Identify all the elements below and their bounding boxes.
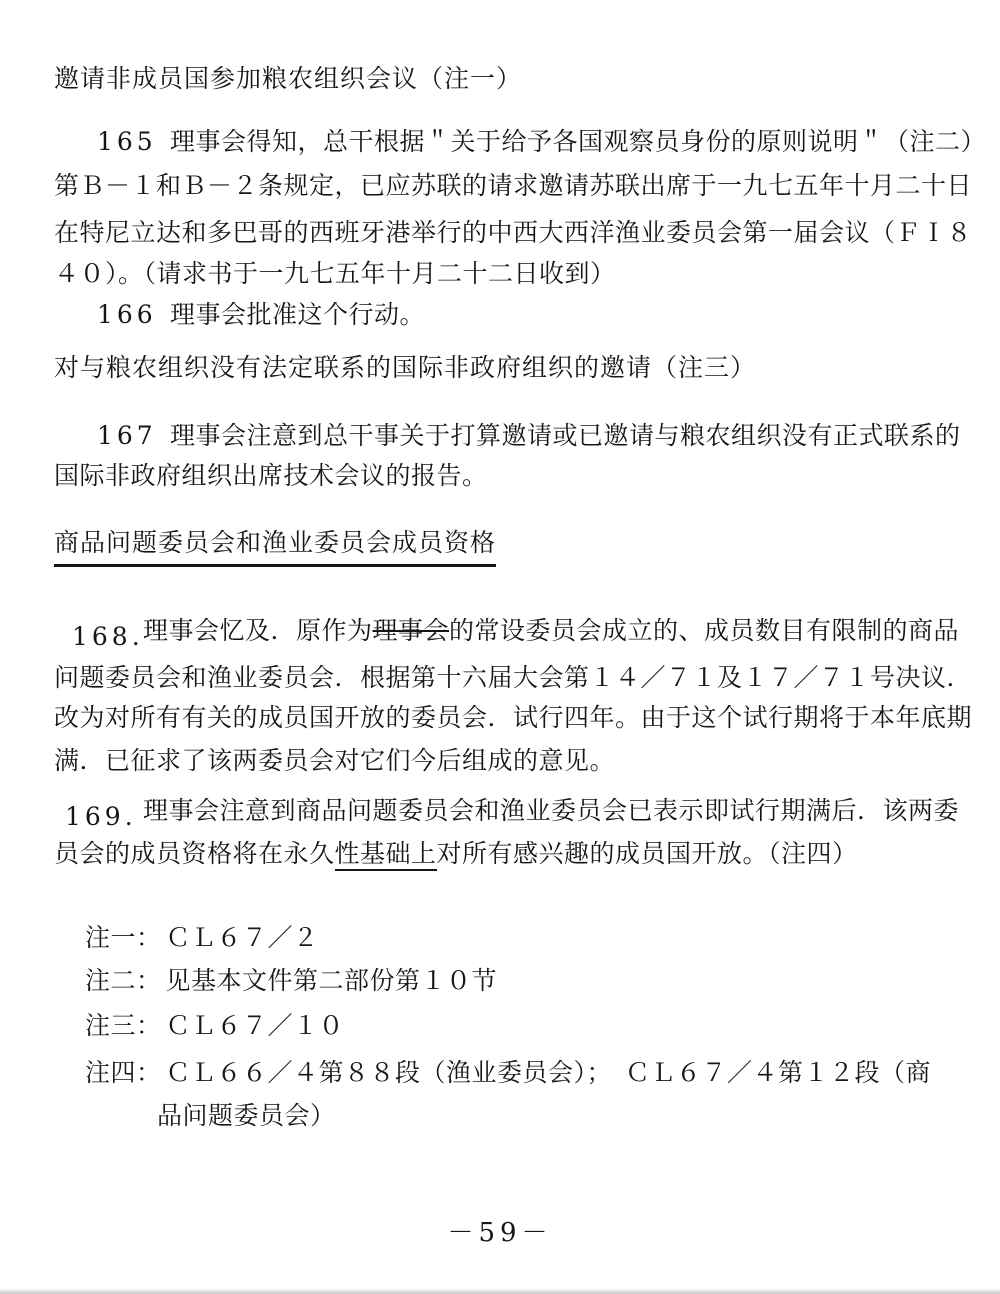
paragraph-166-line-1: 166理事会批准这个行动。 (97, 299, 425, 331)
footnote-label: 注三： (85, 1011, 162, 1040)
page-number: －59－ (0, 1212, 1000, 1249)
paragraph-text: 理事会注意到商品问题委员会和渔业委员会已表示即试行期满后．该两委 (143, 796, 959, 825)
paragraph-165-line-3: 在特尼立达和多巴哥的西班牙港举行的中西大西洋渔业委员会第一届会议（ＦＩ８ (54, 217, 972, 249)
paragraph-text: 的常设委员会成立的、成员数目有限制的商品 (449, 616, 959, 645)
underlined-text: 性基础上 (335, 839, 437, 871)
footnote-3: 注三：ＣＬ６７／１０ (85, 1010, 344, 1042)
paragraph-text: 理事会批准这个行动。 (170, 300, 425, 329)
paragraph-168-line-1: 168.理事会忆及．原作为理事会的常设委员会成立的、成员数目有限制的商品 (72, 615, 959, 647)
paragraph-165-line-1: 165理事会得知，总干根据＂关于给予各国观察员身份的原则说明＂（注二） (97, 126, 986, 158)
section-heading-ngo-invitations: 对与粮农组织没有法定联系的国际非政府组织的邀请（注三） (54, 352, 756, 384)
paragraph-text: 理事会得知，总干根据＂关于给予各国观察员身份的原则说明＂（注二） (170, 127, 986, 156)
paragraph-169-line-1: 169.理事会注意到商品问题委员会和渔业委员会已表示即试行期满后．该两委 (65, 795, 959, 827)
paragraph-165-line-4: ４０）。（请求书于一九七五年十月二十二日收到） (54, 258, 616, 290)
paragraph-165-line-2: 第Ｂ－１和Ｂ－２条规定，已应苏联的请求邀请苏联出席于一九七五年十月二十日 (54, 170, 972, 202)
paragraph-168-line-3: 改为对所有有关的成员国开放的委员会．试行四年。由于这个试行期将于本年底期 (54, 702, 972, 734)
document-page: 邀请非成员国参加粮农组织会议（注一） 165理事会得知，总干根据＂关于给予各国观… (0, 0, 1000, 1294)
footnote-text: ＣＬ６６／４第８８段（渔业委员会）； ＣＬ６７／４第１２段（商 (166, 1058, 932, 1087)
paragraph-text: 理事会忆及．原作为 (143, 616, 373, 645)
footnote-label: 注二： (85, 966, 162, 995)
paragraph-167-line-2: 国际非政府组织出席技术会议的报告。 (54, 460, 488, 492)
overstruck-text: 理事会 (373, 616, 450, 645)
paragraph-text: 员会的成员资格将在永久 (54, 839, 335, 868)
footnote-label: 注四： (85, 1058, 162, 1087)
paragraph-168-line-2: 问题委员会和渔业委员会．根据第十六届大会第１４／７１及１７／７１号决议． (54, 662, 972, 694)
paragraph-168-line-4: 满．已征求了该两委员会对它们今后组成的意见。 (54, 745, 615, 777)
footnote-4-line-2: 品问题委员会） (157, 1100, 336, 1132)
paragraph-167-line-1: 167理事会注意到总干事关于打算邀请或已邀请与粮农组织没有正式联系的 (97, 420, 961, 452)
footnote-text: ＣＬ６７／１０ (166, 1011, 345, 1040)
paragraph-text: 对所有感兴趣的成员国开放。（注四） (437, 839, 858, 868)
paragraph-number: 169. (65, 801, 143, 833)
paragraph-number: 168. (72, 621, 143, 653)
paragraph-number: 166 (97, 299, 170, 331)
footnote-4-line-1: 注四：ＣＬ６６／４第８８段（渔业委员会）； ＣＬ６７／４第１２段（商 (85, 1057, 931, 1089)
footnote-label: 注一： (85, 923, 162, 952)
footnote-text: 见基本文件第二部份第１０节 (166, 966, 498, 995)
paragraph-number: 167 (97, 420, 170, 452)
footnote-1: 注一：ＣＬ６７／２ (85, 922, 319, 954)
footnote-text: ＣＬ６７／２ (166, 923, 319, 952)
paragraph-number: 165 (97, 126, 170, 158)
section-heading-invite-nonmembers: 邀请非成员国参加粮农组织会议（注一） (54, 63, 522, 95)
footnote-2: 注二：见基本文件第二部份第１０节 (85, 965, 497, 997)
section-heading-committee-membership: 商品问题委员会和渔业委员会成员资格 (54, 527, 496, 567)
paragraph-text: 理事会注意到总干事关于打算邀请或已邀请与粮农组织没有正式联系的 (170, 421, 961, 450)
paragraph-169-line-2: 员会的成员资格将在永久性基础上对所有感兴趣的成员国开放。（注四） (54, 838, 858, 870)
